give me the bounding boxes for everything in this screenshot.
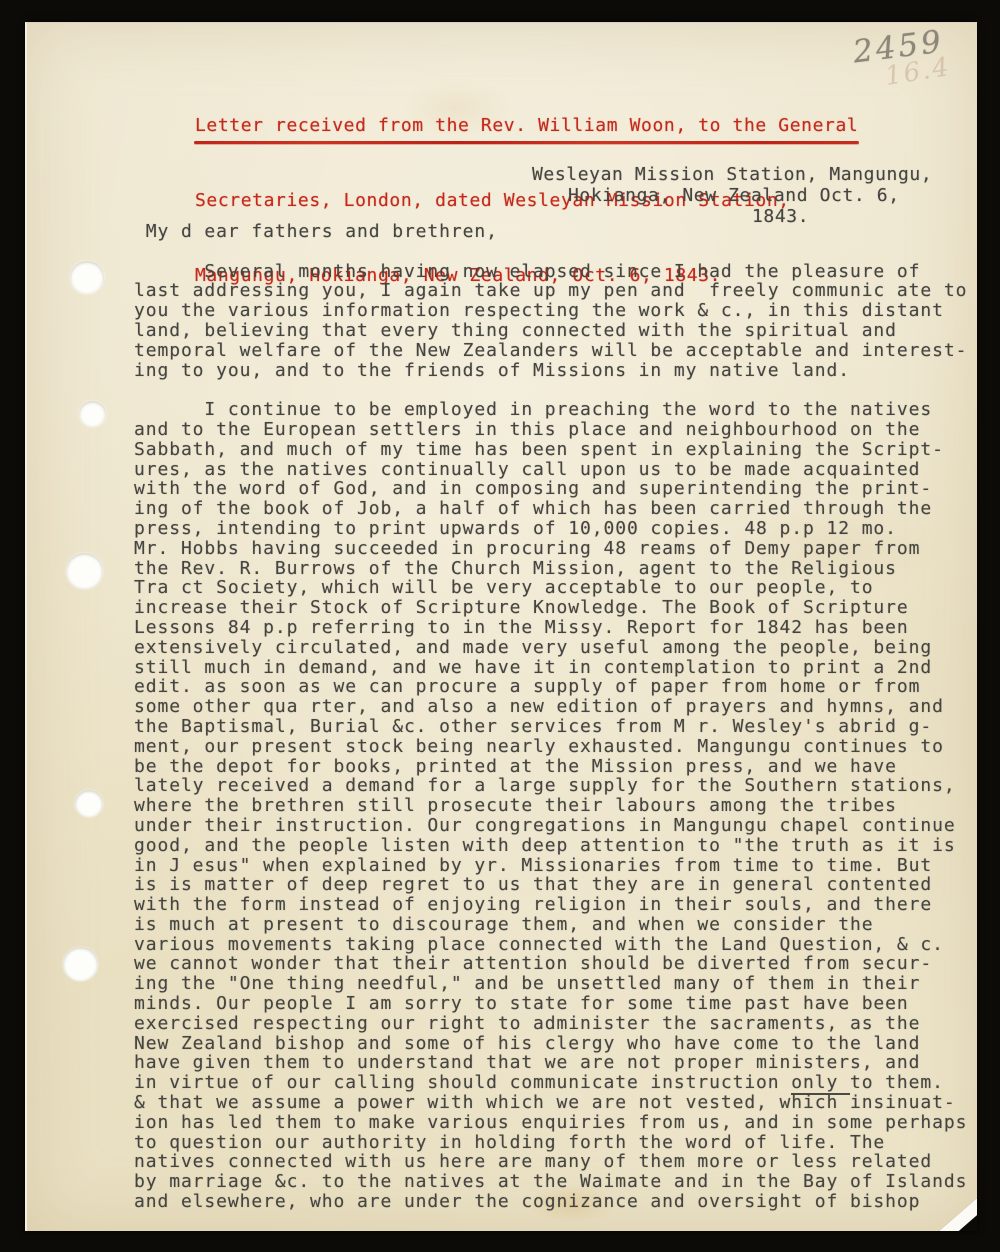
- letter-line: good, and the people listen with deep at…: [134, 835, 977, 855]
- letter-line: Sabbath, and much of my time has been sp…: [134, 439, 977, 459]
- letter-line: ing of the book of Job, a half of which …: [134, 498, 977, 518]
- letter-line: I continue to be employed in preaching t…: [134, 399, 977, 419]
- punch-hole: [70, 261, 104, 294]
- letter-line: to question our authority in holding for…: [134, 1132, 977, 1152]
- letter-line: and to the European settlers in this pla…: [134, 419, 977, 439]
- letter-line: increase their Stock of Scripture Knowle…: [134, 597, 977, 617]
- punch-hole: [79, 401, 106, 427]
- punch-hole: [63, 947, 98, 981]
- letter-line: some other qua rter, and also a new edit…: [134, 696, 977, 716]
- letter-line: still much in demand, and we have it in …: [134, 657, 977, 677]
- letter-line: the Rev. R. Burrows of the Church Missio…: [134, 558, 977, 578]
- letter-line: under their instruction. Our congregatio…: [134, 815, 977, 835]
- letter-line: by marriage &c. to the natives at the Wa…: [134, 1171, 977, 1191]
- letter-line: with the word of God, and in composing a…: [134, 478, 977, 498]
- dateline-line: Wesleyan Mission Station, Mangungu,: [532, 164, 932, 185]
- catalog-header-line: Letter received from the Rev. William Wo…: [195, 113, 858, 138]
- letter-line: ing to you, and to the friends of Missio…: [134, 360, 977, 380]
- letter-line: with the form instead of enjoying religi…: [134, 894, 977, 914]
- punch-hole: [75, 790, 103, 817]
- letter-body: My d ear fathers and brethren, Several m…: [134, 221, 977, 1211]
- letter-line: and elsewhere, who are under the cogniza…: [134, 1191, 977, 1211]
- letter-line: extensively circulated, and made very us…: [134, 637, 977, 657]
- letter-paper: 2459 16.4 Letter received from the Rev. …: [25, 22, 977, 1231]
- letter-line: New Zealand bishop and some of his clerg…: [134, 1033, 977, 1053]
- letter-line: we cannot wonder that their attention sh…: [134, 953, 977, 973]
- letter-line: where the brethren still prosecute their…: [134, 795, 977, 815]
- letter-line: ion has led them to make various enquiri…: [134, 1112, 977, 1132]
- letter-line: is much at present to discourage them, a…: [134, 914, 977, 934]
- letter-line: is is matter of deep regret to us that t…: [134, 874, 977, 894]
- letter-line: you the various information respecting t…: [134, 300, 977, 320]
- letter-line: My d ear fathers and brethren,: [134, 221, 977, 241]
- letter-line: various movements taking place connected…: [134, 934, 977, 954]
- letter-line: minds. Our people I am sorry to state fo…: [134, 993, 977, 1013]
- letter-line: last addressing you, I again take up my …: [134, 280, 977, 300]
- letter-line: have given them to understand that we ar…: [134, 1052, 977, 1072]
- scan-background: { "colors": { "background": "#0c0b08", "…: [0, 0, 1000, 1252]
- letter-line: ing the "One thing needful," and be unse…: [134, 973, 977, 993]
- letter-line: edit. as soon as we can procure a supply…: [134, 676, 977, 696]
- letter-line: land, believing that every thing connect…: [134, 320, 977, 340]
- letter-line: Several months having now elapsed since …: [134, 261, 977, 281]
- letter-line: exercised respecting our right to admini…: [134, 1013, 977, 1033]
- letter-line: & that we assume a power with which we a…: [134, 1092, 977, 1112]
- letter-line: natives connected with us here are many …: [134, 1151, 977, 1171]
- letter-line: Lessons 84 p.p referring to in the Missy…: [134, 617, 977, 637]
- letter-line: Tra ct Society, which will be very accep…: [134, 577, 977, 597]
- letter-line: the Baptismal, Burial &c. other services…: [134, 716, 977, 736]
- letter-line: [134, 241, 977, 261]
- letter-line: in virtue of our calling should communic…: [134, 1072, 977, 1092]
- letter-line: be the depot for books, printed at the M…: [134, 756, 977, 776]
- letter-line: temporal welfare of the New Zealanders w…: [134, 340, 977, 360]
- red-divider-rule: [194, 141, 859, 144]
- letter-line: lately received a demand for a large sup…: [134, 775, 977, 795]
- letter-line: ment, our present stock being nearly exh…: [134, 736, 977, 756]
- letter-line: [134, 379, 977, 399]
- dateline-line: Hokianga, New Zealand Oct. 6,: [568, 185, 900, 206]
- letter-line: ures, as the natives continually call up…: [134, 459, 977, 479]
- letter-line: Mr. Hobbs having succeeded in procuring …: [134, 538, 977, 558]
- punch-hole: [66, 553, 103, 589]
- letter-line: press, intending to print upwards of 10,…: [134, 518, 977, 538]
- letter-line: in J esus" when explained by yr. Mission…: [134, 855, 977, 875]
